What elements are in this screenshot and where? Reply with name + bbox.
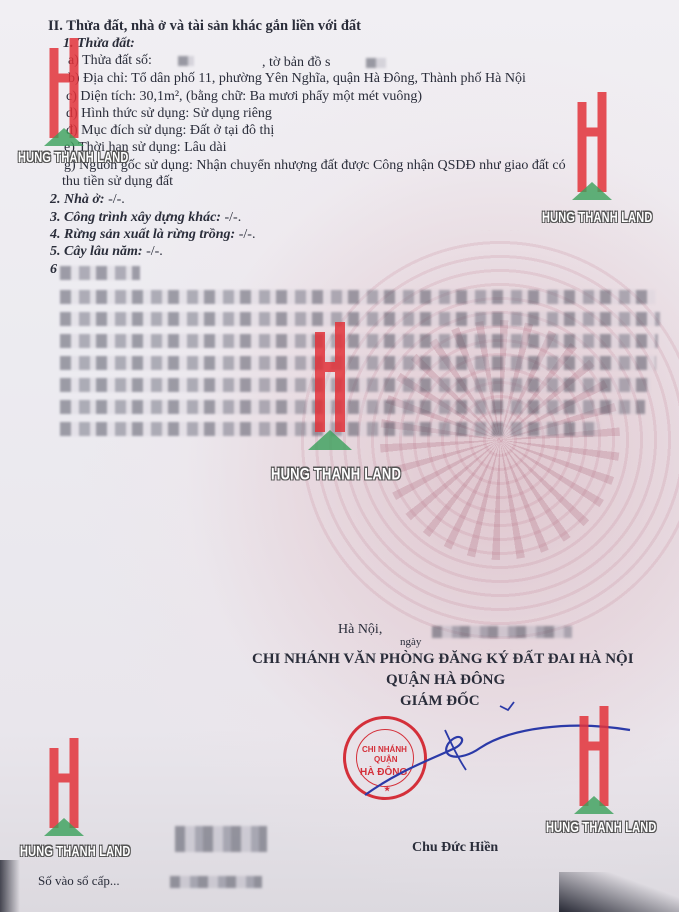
redacted-plot-number <box>178 56 194 66</box>
watermark-logo-top-right <box>568 92 616 207</box>
map-sheet-label: , tờ bản đồ s <box>262 55 330 71</box>
house-label: 2. Nhà ở: -/-. <box>50 192 125 208</box>
address-line: b) Địa chỉ: Tổ dân phố 11, phường Yên Ng… <box>68 71 526 87</box>
watermark-logo-bottom-left <box>40 738 88 843</box>
watermark-text-top-right: HUNG THANH LAND <box>542 210 653 226</box>
photo-edge-shadow-left <box>0 860 20 912</box>
perennial-trees-label: 5. Cây lâu năm: -/-. <box>50 244 163 260</box>
authority-name: CHI NHÁNH VĂN PHÒNG ĐĂNG KÝ ĐẤT ĐAI HÀ N… <box>252 651 634 668</box>
notes-prefix: 6 <box>50 262 57 278</box>
watermark-text-bottom-left: HUNG THANH LAND <box>20 844 131 860</box>
other-construction-label: 3. Công trình xây dựng khác: -/-. <box>50 210 241 226</box>
watermark-logo-bottom-right <box>570 706 618 821</box>
section-heading: II. Thửa đất, nhà ở và tài sản khác gắn … <box>48 18 361 35</box>
redacted-register-number <box>170 876 262 888</box>
watermark-text-top-left: HUNG THANH LAND <box>18 150 129 166</box>
watermark-logo-center <box>306 322 354 457</box>
watermark-text-center: HUNG THANH LAND <box>271 464 401 484</box>
signer-name: Chu Đức Hiền <box>412 840 498 856</box>
use-form-line: d) Hình thức sử dụng: Sử dụng riêng <box>66 106 272 122</box>
authority-district: QUẬN HÀ ĐÔNG <box>386 672 505 689</box>
redacted-certificate-number <box>175 826 267 852</box>
area-line: c) Diện tích: 30,1m², (bằng chữ: Ba mươi… <box>66 89 422 105</box>
redacted-map-number <box>366 58 386 68</box>
watermark-text-bottom-right: HUNG THANH LAND <box>546 820 657 836</box>
origin-continuation: thu tiền sử dụng đất <box>62 174 173 190</box>
redacted-date <box>432 626 572 638</box>
purpose-line: đ) Mục đích sử dụng: Đất ở tại đô thị <box>66 123 274 139</box>
origin-line: g) Nguồn gốc sử dụng: Nhận chuyển nhượng… <box>64 158 566 174</box>
watermark-logo-top-left <box>40 38 88 153</box>
planted-forest-label: 4. Rừng sản xuất là rừng trồng: -/-. <box>50 227 255 243</box>
location-label: Hà Nội, <box>338 622 382 638</box>
date-prefix: ngày <box>400 636 421 648</box>
register-number-label: Số vào sổ cấp... <box>38 873 120 889</box>
photo-edge-shadow <box>559 872 679 912</box>
